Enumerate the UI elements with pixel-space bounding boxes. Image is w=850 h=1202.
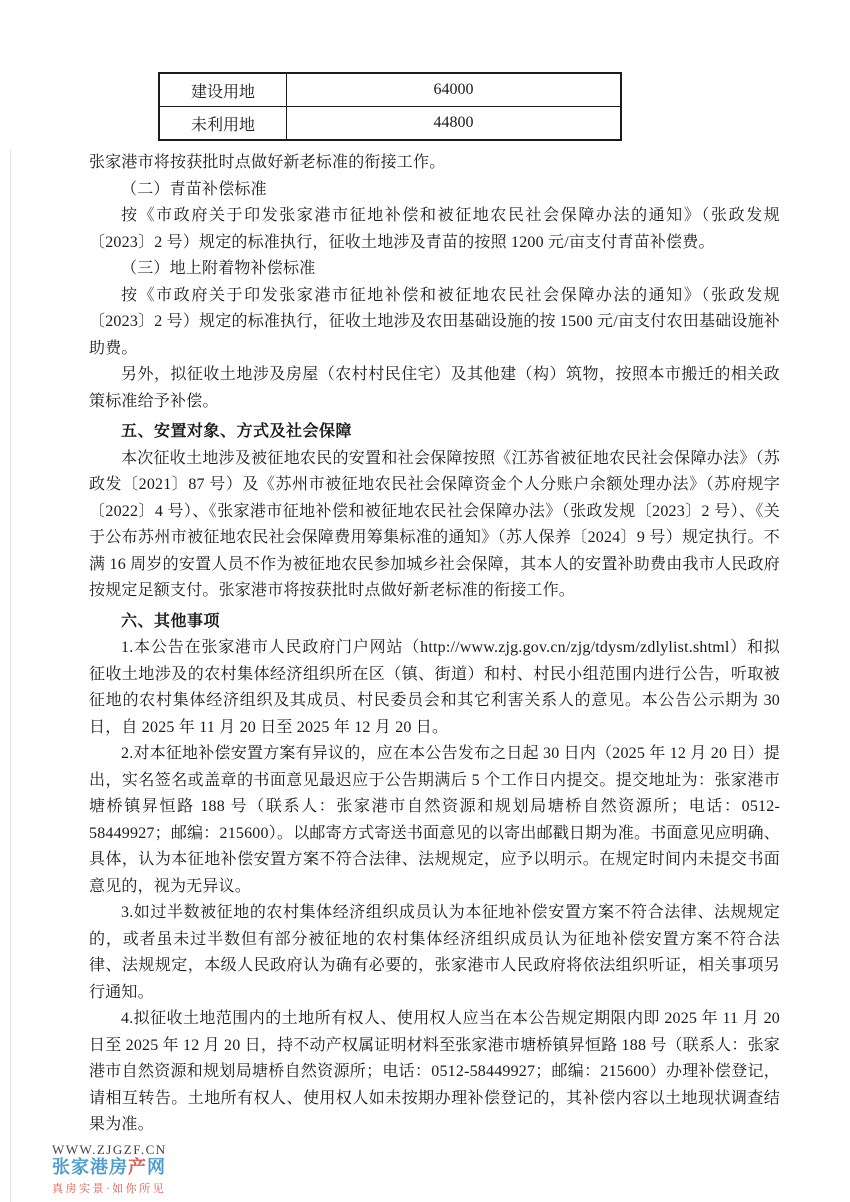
land-type-cell: 未利用地 [159, 107, 287, 141]
paragraph: 1.本公告在张家港市人民政府门户网站（http://www.zjg.gov.cn… [89, 635, 780, 741]
paragraph: 另外，拟征收土地涉及房屋（农村村民住宅）及其他建（构）筑物，按照本市搬迁的相关政… [89, 362, 780, 415]
site-watermark-logo: WWW.ZJGZF.CN 张家港房产网 真房实景·如你所见 [52, 1142, 272, 1196]
table-row: 建设用地64000 [159, 73, 621, 107]
paragraph: 按《市政府关于印发张家港市征地补偿和被征地农民社会保障办法的通知》（张政发规〔2… [89, 283, 780, 363]
paragraph: 张家港市将按获批时点做好新老标准的衔接工作。 [89, 150, 780, 177]
land-value-cell: 44800 [287, 107, 622, 141]
compensation-standard-table: 建设用地64000未利用地44800 [158, 72, 622, 141]
paragraph: （三）地上附着物补偿标准 [89, 256, 780, 283]
paragraph: 3.如过半数被征地的农村集体经济组织成员认为本征地补偿安置方案不符合法律、法规规… [89, 900, 780, 1006]
paragraph: 本次征收土地涉及被征地农民的安置和社会保障按照《江苏省被征地农民社会保障办法》（… [89, 446, 780, 605]
paragraph: 按《市政府关于印发张家港市征地补偿和被征地农民社会保障办法的通知》（张政发规〔2… [89, 203, 780, 256]
site-name-logo: 张家港房产网 [52, 1158, 272, 1177]
document-content: 建设用地64000未利用地44800 张家港市将按获批时点做好新老标准的衔接工作… [89, 72, 780, 1139]
land-type-cell: 建设用地 [159, 73, 287, 107]
site-url-text: WWW.ZJGZF.CN [52, 1142, 162, 1158]
document-page: 建设用地64000未利用地44800 张家港市将按获批时点做好新老标准的衔接工作… [0, 0, 850, 1202]
site-tagline: 真房实景·如你所见 [52, 1180, 272, 1196]
paragraph: 2.对本征地补偿安置方案有异议的，应在本公告发布之日起 30 日内（2025 年… [89, 741, 780, 900]
site-name-part: 张家港房 [52, 1157, 128, 1177]
table-row: 未利用地44800 [159, 107, 621, 141]
document-body: 张家港市将按获批时点做好新老标准的衔接工作。（二）青苗补偿标准按《市政府关于印发… [89, 150, 780, 1139]
paragraph: （二）青苗补偿标准 [89, 177, 780, 204]
page-edge-line [10, 150, 11, 1202]
paragraph: 4.拟征收土地范围内的土地所有权人、使用权人应当在本公告规定期限内即 2025 … [89, 1006, 780, 1139]
land-value-cell: 64000 [287, 73, 622, 107]
site-name-part: 产 [128, 1157, 147, 1177]
section-heading: 六、其他事项 [89, 609, 780, 636]
site-name-part: 网 [147, 1157, 166, 1177]
section-heading: 五、安置对象、方式及社会保障 [89, 419, 780, 446]
